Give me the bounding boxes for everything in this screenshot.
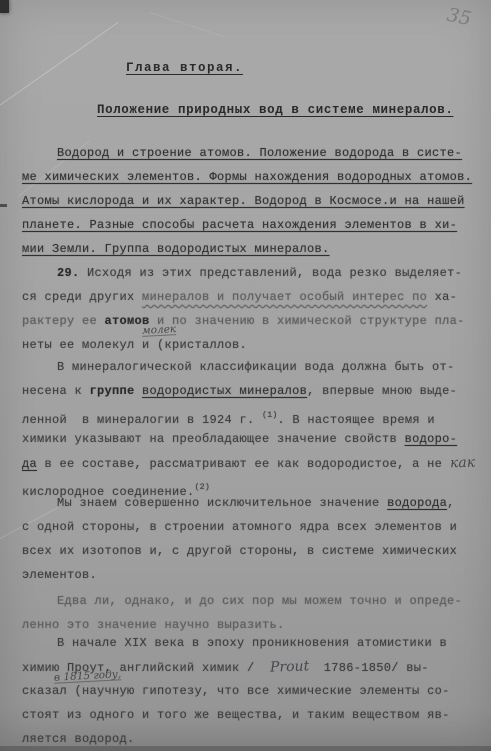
paragraph-number: 29.	[57, 266, 80, 280]
paragraph-text: В минералогической классификации вода до…	[57, 360, 455, 374]
paragraph-line: стоят из одного и того же вещества, и та…	[22, 703, 487, 727]
handwritten-insertion-year: в 1815 году,	[54, 669, 122, 684]
emphasized-word: группе	[90, 384, 135, 398]
paragraph-text: ,	[447, 496, 455, 510]
abstract-line: ме химических элементов. Формы нахождени…	[22, 165, 487, 189]
abstract-text: мии Земли. Группа водородистых минералов…	[22, 242, 330, 256]
underlined-term: водоро-	[405, 432, 458, 446]
handwritten-page-number: 35	[445, 4, 473, 31]
paragraph-text: ляется водород.	[22, 732, 135, 746]
paragraph-line: химики указывают на преобладающее значен…	[22, 427, 487, 451]
paragraph-text: . В настоящее время и	[277, 413, 435, 427]
underlined-term: да	[22, 457, 37, 471]
abstract-text: ме химических элементов. Формы нахождени…	[22, 170, 472, 184]
paragraph-text: элементов.	[22, 568, 97, 582]
paragraph-line: Мы знаем совершенно исключительное значе…	[22, 491, 487, 515]
paragraph-classification: В минералогической классификации вода до…	[22, 355, 487, 499]
paragraph-line: в 1815 году,сказал (научную гипотезу, чт…	[22, 679, 487, 703]
handwritten-word: как	[449, 451, 475, 476]
underlined-term: водородистых минералов	[142, 384, 307, 398]
paragraph-line: Едва ли, однако, и до сих пор мы можем т…	[22, 589, 487, 613]
paragraph-line: молекнеты ее молекул и (кристаллов.	[22, 333, 487, 357]
paragraph-line: элементов.	[22, 563, 487, 587]
paragraph-text: ленно это значение научно выразить.	[22, 618, 285, 632]
paragraph-line: ся среди других минералов и получает осо…	[22, 285, 487, 309]
abstract-line: мии Земли. Группа водородистых минералов…	[22, 237, 487, 261]
abstract-paragraph: Водород и строение атомов. Положение вод…	[22, 141, 487, 261]
abstract-line: Атомы кислорода и их характер. Водород в…	[22, 189, 487, 213]
paragraph-text: несена к	[22, 384, 90, 398]
paragraph-29: 29. Исходя из этих представлений, вода р…	[22, 261, 487, 357]
paragraph-line: В минералогической классификации вода до…	[22, 355, 487, 379]
paragraph-text: неты ее молекул и (кристаллов.	[22, 338, 247, 352]
paragraph-text: химики указывают на преобладающее значен…	[22, 432, 405, 446]
section-title: Положение природных вод в системе минера…	[97, 103, 453, 117]
pencil-underlined-text: минералов и получает особый интерес по	[142, 290, 427, 304]
paragraph-text	[135, 384, 143, 398]
handwritten-name-prout: Prout	[269, 654, 309, 679]
paragraph-text: ленной в минералогии в 1924 г.	[22, 413, 262, 427]
paragraph-line: да в ее составе, рассматривают ее как во…	[22, 451, 487, 475]
paragraph-line: рактеру ее атомов и по значению в химиче…	[22, 309, 487, 333]
paragraph-text: всех их изотопов и, с другой стороны, в …	[22, 544, 457, 558]
paragraph-text: с одной стороны, в строении атомного ядр…	[22, 520, 457, 534]
paragraph-text: Мы знаем совершенно исключительное значе…	[57, 496, 387, 510]
chapter-heading: Глава вторая.	[126, 61, 243, 75]
abstract-line: планете. Разные способы расчета нахожден…	[22, 213, 487, 237]
footnote-marker-1: (1)	[262, 410, 277, 420]
scan-corner-artifact	[0, 0, 9, 13]
paragraph-text: рактеру ее	[22, 314, 105, 328]
paragraph-text: Едва ли, однако, и до сих пор мы можем т…	[57, 594, 462, 608]
paragraph-line: с одной стороны, в строении атомного ядр…	[22, 515, 487, 539]
paragraph-text: 1786-1850/ вы-	[309, 661, 429, 675]
paragraph-line: В начале XIX века в эпоху проникновения …	[22, 631, 487, 655]
paragraph-prout: В начале XIX века в эпоху проникновения …	[22, 631, 487, 751]
abstract-text: Водород и строение атомов. Положение вод…	[57, 146, 462, 160]
paragraph-text: Исходя из этих представлений, вода резко…	[80, 266, 463, 280]
paragraph-hydrogen-significance: Мы знаем совершенно исключительное значе…	[22, 491, 487, 587]
abstract-text: планете. Разные способы расчета нахожден…	[22, 218, 457, 232]
manuscript-page: 35 Глава вторая. Положение природных вод…	[0, 0, 491, 751]
handwritten-insertion: молек	[142, 324, 177, 337]
paragraph-hardly: Едва ли, однако, и до сих пор мы можем т…	[22, 589, 487, 637]
paragraph-text: , впервые мною выде-	[307, 384, 457, 398]
paragraph-text: стоят из одного и того же вещества, и та…	[22, 708, 450, 722]
paragraph-text: в ее составе, рассматривают ее как водор…	[37, 457, 450, 471]
abstract-line: Водород и строение атомов. Положение вод…	[22, 141, 487, 165]
paragraph-text: ся среди других	[22, 290, 142, 304]
scan-edge-mark	[0, 204, 7, 207]
underlined-term: водорода	[387, 496, 447, 510]
paragraph-text: В начале XIX века в эпоху проникновения …	[57, 636, 447, 650]
paragraph-line: 29. Исходя из этих представлений, вода р…	[22, 261, 487, 285]
scratch-line	[150, 12, 226, 38]
paragraph-line: всех их изотопов и, с другой стороны, в …	[22, 539, 487, 563]
abstract-text: Атомы кислорода и их характер. Водород в…	[22, 194, 465, 208]
paragraph-line: несена к группе водородистых минералов, …	[22, 379, 487, 403]
scratch-line	[0, 22, 118, 109]
paragraph-text: и по значению в химической структуре пла…	[150, 314, 465, 328]
paragraph-text: сказал (научную гипотезу, что все химиче…	[22, 684, 450, 698]
paragraph-line: ляется водород.	[22, 727, 487, 751]
paragraph-line: ленной в минералогии в 1924 г. (1). В на…	[22, 403, 487, 427]
paragraph-text: ха-	[427, 290, 457, 304]
